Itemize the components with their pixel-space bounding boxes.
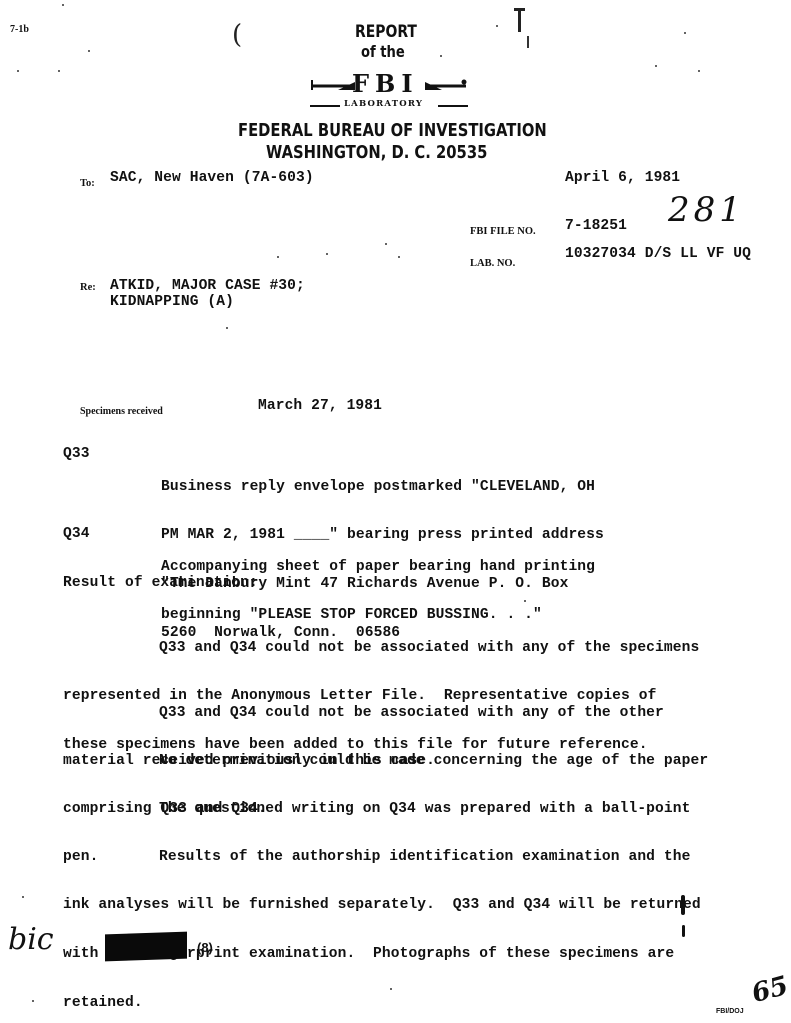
lab-number: 10327034 D/S LL VF UQ: [565, 246, 751, 262]
scan-speck: [390, 988, 392, 990]
scan-speck: [698, 70, 700, 72]
scan-speck: [58, 70, 60, 72]
scan-speck: [496, 25, 498, 27]
pin-mark-head: [514, 8, 525, 11]
paragraph-line: Q33 and Q34 could not be associated with…: [63, 640, 699, 656]
result-paragraph: Results of the authorship identification…: [63, 816, 701, 1023]
agency-address: WASHINGTON, D. C. 20535: [266, 142, 487, 163]
paragraph-line: ink analyses will be furnished separatel…: [63, 897, 701, 913]
paragraph-line: No determination could be made concernin…: [63, 753, 708, 769]
redaction-block: [105, 932, 187, 962]
results-heading: Result of examination:: [63, 575, 258, 591]
fbi-file-label: FBI FILE NO.: [470, 226, 536, 237]
scan-speck: [655, 65, 657, 67]
handwritten-initials: bic: [8, 922, 54, 957]
paragraph-line: Results of the authorship identification…: [63, 849, 701, 865]
scan-speck: [32, 1000, 34, 1002]
re-label: Re:: [80, 282, 96, 293]
to-label: To:: [80, 178, 95, 189]
specimens-received-label: Specimens received: [80, 406, 163, 417]
report-subtitle: of the: [361, 42, 405, 61]
scan-speck: [440, 55, 442, 57]
specimens-received-date: March 27, 1981: [258, 398, 382, 414]
paragraph-line: Q33 and Q34 could not be associated with…: [63, 705, 664, 721]
lab-number-label: LAB. NO.: [470, 258, 515, 269]
scan-speck: [226, 327, 228, 329]
scan-speck: [22, 896, 24, 898]
scan-speck: [277, 256, 279, 258]
handwritten-paren-mark: (: [232, 20, 242, 50]
handwritten-mark: 65: [749, 971, 791, 1009]
paragraph-line: The questioned writing on Q34 was prepar…: [63, 801, 690, 817]
specimen-id: Q34: [63, 526, 90, 542]
scan-speck: [684, 32, 686, 34]
scan-speck: [398, 256, 400, 258]
pin-mark: [518, 8, 521, 32]
fbi-logo-letters: FBI: [352, 70, 419, 98]
re-line-1: ATKID, MAJOR CASE #30;: [110, 278, 305, 294]
scan-speck: [62, 4, 64, 6]
stray-mark: [527, 36, 529, 48]
redaction-code: (8): [197, 940, 213, 955]
fbi-logo-subtitle: LABORATORY: [344, 99, 423, 109]
form-code: FBI/DOJ: [716, 1008, 744, 1015]
scan-speck: [88, 50, 90, 52]
report-title: REPORT: [355, 22, 417, 42]
paragraph-line: retained.: [63, 995, 701, 1011]
specimen-id: Q33: [63, 446, 90, 462]
fbi-laboratory-logo: FBI LABORATORY: [310, 70, 470, 110]
handwritten-serial-number: 281: [668, 190, 745, 230]
logo-right-rule: [438, 105, 468, 107]
fbi-file-number: 7-18251: [565, 218, 627, 234]
margin-mark: [682, 925, 685, 937]
report-date: April 6, 1981: [565, 170, 680, 186]
specimen-line: Business reply envelope postmarked "CLEV…: [161, 479, 604, 495]
to-recipient: SAC, New Haven (7A-603): [110, 170, 314, 186]
scan-speck: [524, 600, 526, 602]
page-marker: 7-1b: [10, 24, 29, 35]
scan-speck: [17, 70, 19, 72]
scan-speck: [385, 243, 387, 245]
re-line-2: KIDNAPPING (A): [110, 294, 234, 310]
specimen-line: Accompanying sheet of paper bearing hand…: [161, 559, 595, 575]
margin-mark: [681, 895, 685, 915]
scan-speck: [326, 253, 328, 255]
agency-name: FEDERAL BUREAU OF INVESTIGATION: [238, 120, 547, 141]
logo-left-rule: [310, 105, 340, 107]
